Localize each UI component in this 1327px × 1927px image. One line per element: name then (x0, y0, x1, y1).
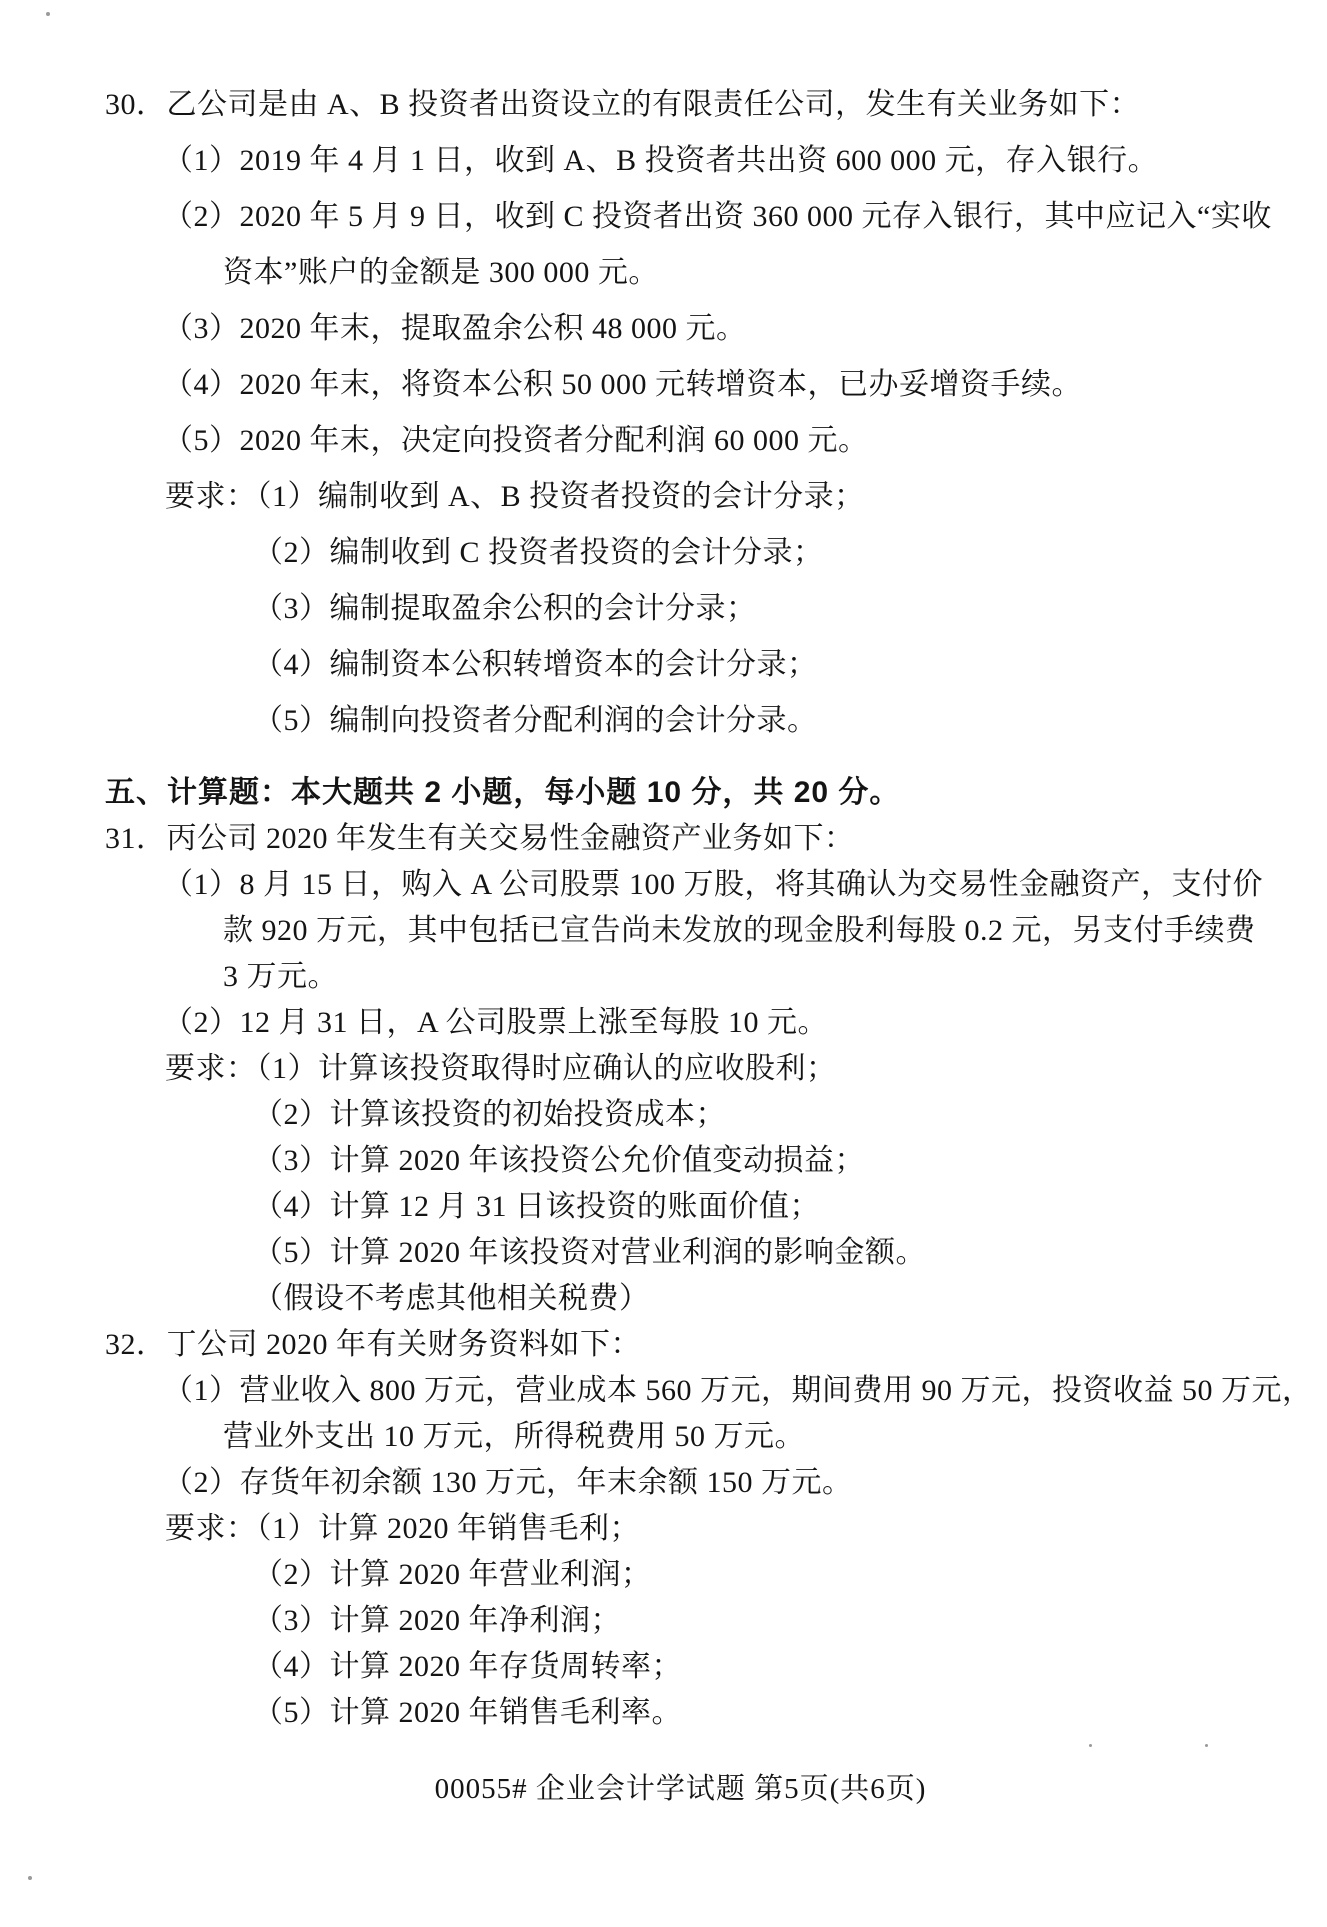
q30-item-4: （4）2020 年末，将资本公积 50 000 元转增资本，已办妥增资手续。 (163, 357, 1327, 413)
q31-req-4: （4）计算 12 月 31 日该投资的账面价值； (253, 1184, 1327, 1230)
q31-item-2: （2）12 月 31 日，A 公司股票上涨至每股 10 元。 (163, 1000, 1327, 1046)
q31-note: （假设不考虑其他相关税费） (253, 1276, 1327, 1322)
q30-stem: 乙公司是由 A、B 投资者出资设立的有限责任公司，发生有关业务如下： (167, 88, 1141, 121)
q30-item-5: （5）2020 年末，决定向投资者分配利润 60 000 元。 (163, 413, 1327, 469)
q32-req-3: （3）计算 2020 年净利润； (253, 1598, 1327, 1644)
q32-req-1: （1）计算 2020 年销售毛利； (257, 1512, 641, 1545)
scan-speck (1205, 1744, 1208, 1747)
q31-req-5: （5）计算 2020 年该投资对营业利润的影响金额。 (253, 1230, 1327, 1276)
q31-item-1: （1）8 月 15 日，购入 A 公司股票 100 万股，将其确认为交易性金融资… (163, 862, 1327, 908)
q30-req-label: 要求： (165, 480, 257, 513)
q32-stem: 丁公司 2020 年有关财务资料如下： (167, 1328, 642, 1361)
q31-item-1-continuation-2: 3 万元。 (223, 954, 1327, 1000)
q32-item-1-continuation: 营业外支出 10 万元，所得税费用 50 万元。 (223, 1414, 1327, 1460)
q32-number: 32． (105, 1322, 167, 1368)
scan-speck (1089, 1744, 1092, 1747)
q30-requirements-line: 要求：（1）编制收到 A、B 投资者投资的会计分录； (165, 469, 1327, 525)
q31-requirements-line: 要求：（1）计算该投资取得时应确认的应收股利； (165, 1046, 1327, 1092)
q30-number: 30． (105, 77, 167, 133)
q30-req-3: （3）编制提取盈余公积的会计分录； (253, 581, 1327, 637)
q30-stem-line: 30．乙公司是由 A、B 投资者出资设立的有限责任公司，发生有关业务如下： (105, 77, 1327, 133)
q32-req-5: （5）计算 2020 年销售毛利率。 (253, 1690, 1327, 1736)
q30-item-2-continuation: 资本”账户的金额是 300 000 元。 (223, 245, 1327, 301)
q31-req-3: （3）计算 2020 年该投资公允价值变动损益； (253, 1138, 1327, 1184)
scan-speck (28, 1876, 32, 1880)
scan-speck (46, 12, 50, 16)
q31-item-1-continuation-1: 款 920 万元，其中包括已宣告尚未发放的现金股利每股 0.2 元，另支付手续费 (223, 908, 1327, 954)
q31-stem: 丙公司 2020 年发生有关交易性金融资产业务如下： (167, 822, 855, 855)
q30-req-5: （5）编制向投资者分配利润的会计分录。 (253, 693, 1327, 749)
q32-item-2: （2）存货年初余额 130 万元，年末余额 150 万元。 (163, 1460, 1327, 1506)
q30-item-1: （1）2019 年 4 月 1 日，收到 A、B 投资者共出资 600 000 … (163, 133, 1327, 189)
q31-stem-line: 31．丙公司 2020 年发生有关交易性金融资产业务如下： (105, 816, 1327, 862)
q32-stem-line: 32．丁公司 2020 年有关财务资料如下： (105, 1322, 1327, 1368)
q31-req-2: （2）计算该投资的初始投资成本； (253, 1092, 1327, 1138)
q30-req-4: （4）编制资本公积转增资本的会计分录； (253, 637, 1327, 693)
exam-page: 30．乙公司是由 A、B 投资者出资设立的有限责任公司，发生有关业务如下： （1… (0, 0, 1327, 1927)
q32-requirements-line: 要求：（1）计算 2020 年销售毛利； (165, 1506, 1327, 1552)
q31-req-1: （1）计算该投资取得时应确认的应收股利； (257, 1052, 837, 1085)
q30-item-3: （3）2020 年末，提取盈余公积 48 000 元。 (163, 301, 1327, 357)
exam-content: 30．乙公司是由 A、B 投资者出资设立的有限责任公司，发生有关业务如下： （1… (0, 77, 1327, 1736)
q31-number: 31． (105, 816, 167, 862)
q32-req-4: （4）计算 2020 年存货周转率； (253, 1644, 1327, 1690)
q32-item-1: （1）营业收入 800 万元，营业成本 560 万元，期间费用 90 万元，投资… (163, 1368, 1327, 1414)
q30-item-2: （2）2020 年 5 月 9 日，收到 C 投资者出资 360 000 元存入… (163, 189, 1327, 245)
q30-req-1: （1）编制收到 A、B 投资者投资的会计分录； (257, 480, 865, 513)
q32-req-2: （2）计算 2020 年营业利润； (253, 1552, 1327, 1598)
q32-req-label: 要求： (165, 1512, 257, 1545)
page-footer: 00055# 企业会计学试题 第5页(共6页) (0, 1772, 1327, 1806)
section5-heading: 五、计算题：本大题共 2 小题，每小题 10 分，共 20 分。 (105, 770, 1327, 816)
q30-req-2: （2）编制收到 C 投资者投资的会计分录； (253, 525, 1327, 581)
q31-req-label: 要求： (165, 1052, 257, 1085)
